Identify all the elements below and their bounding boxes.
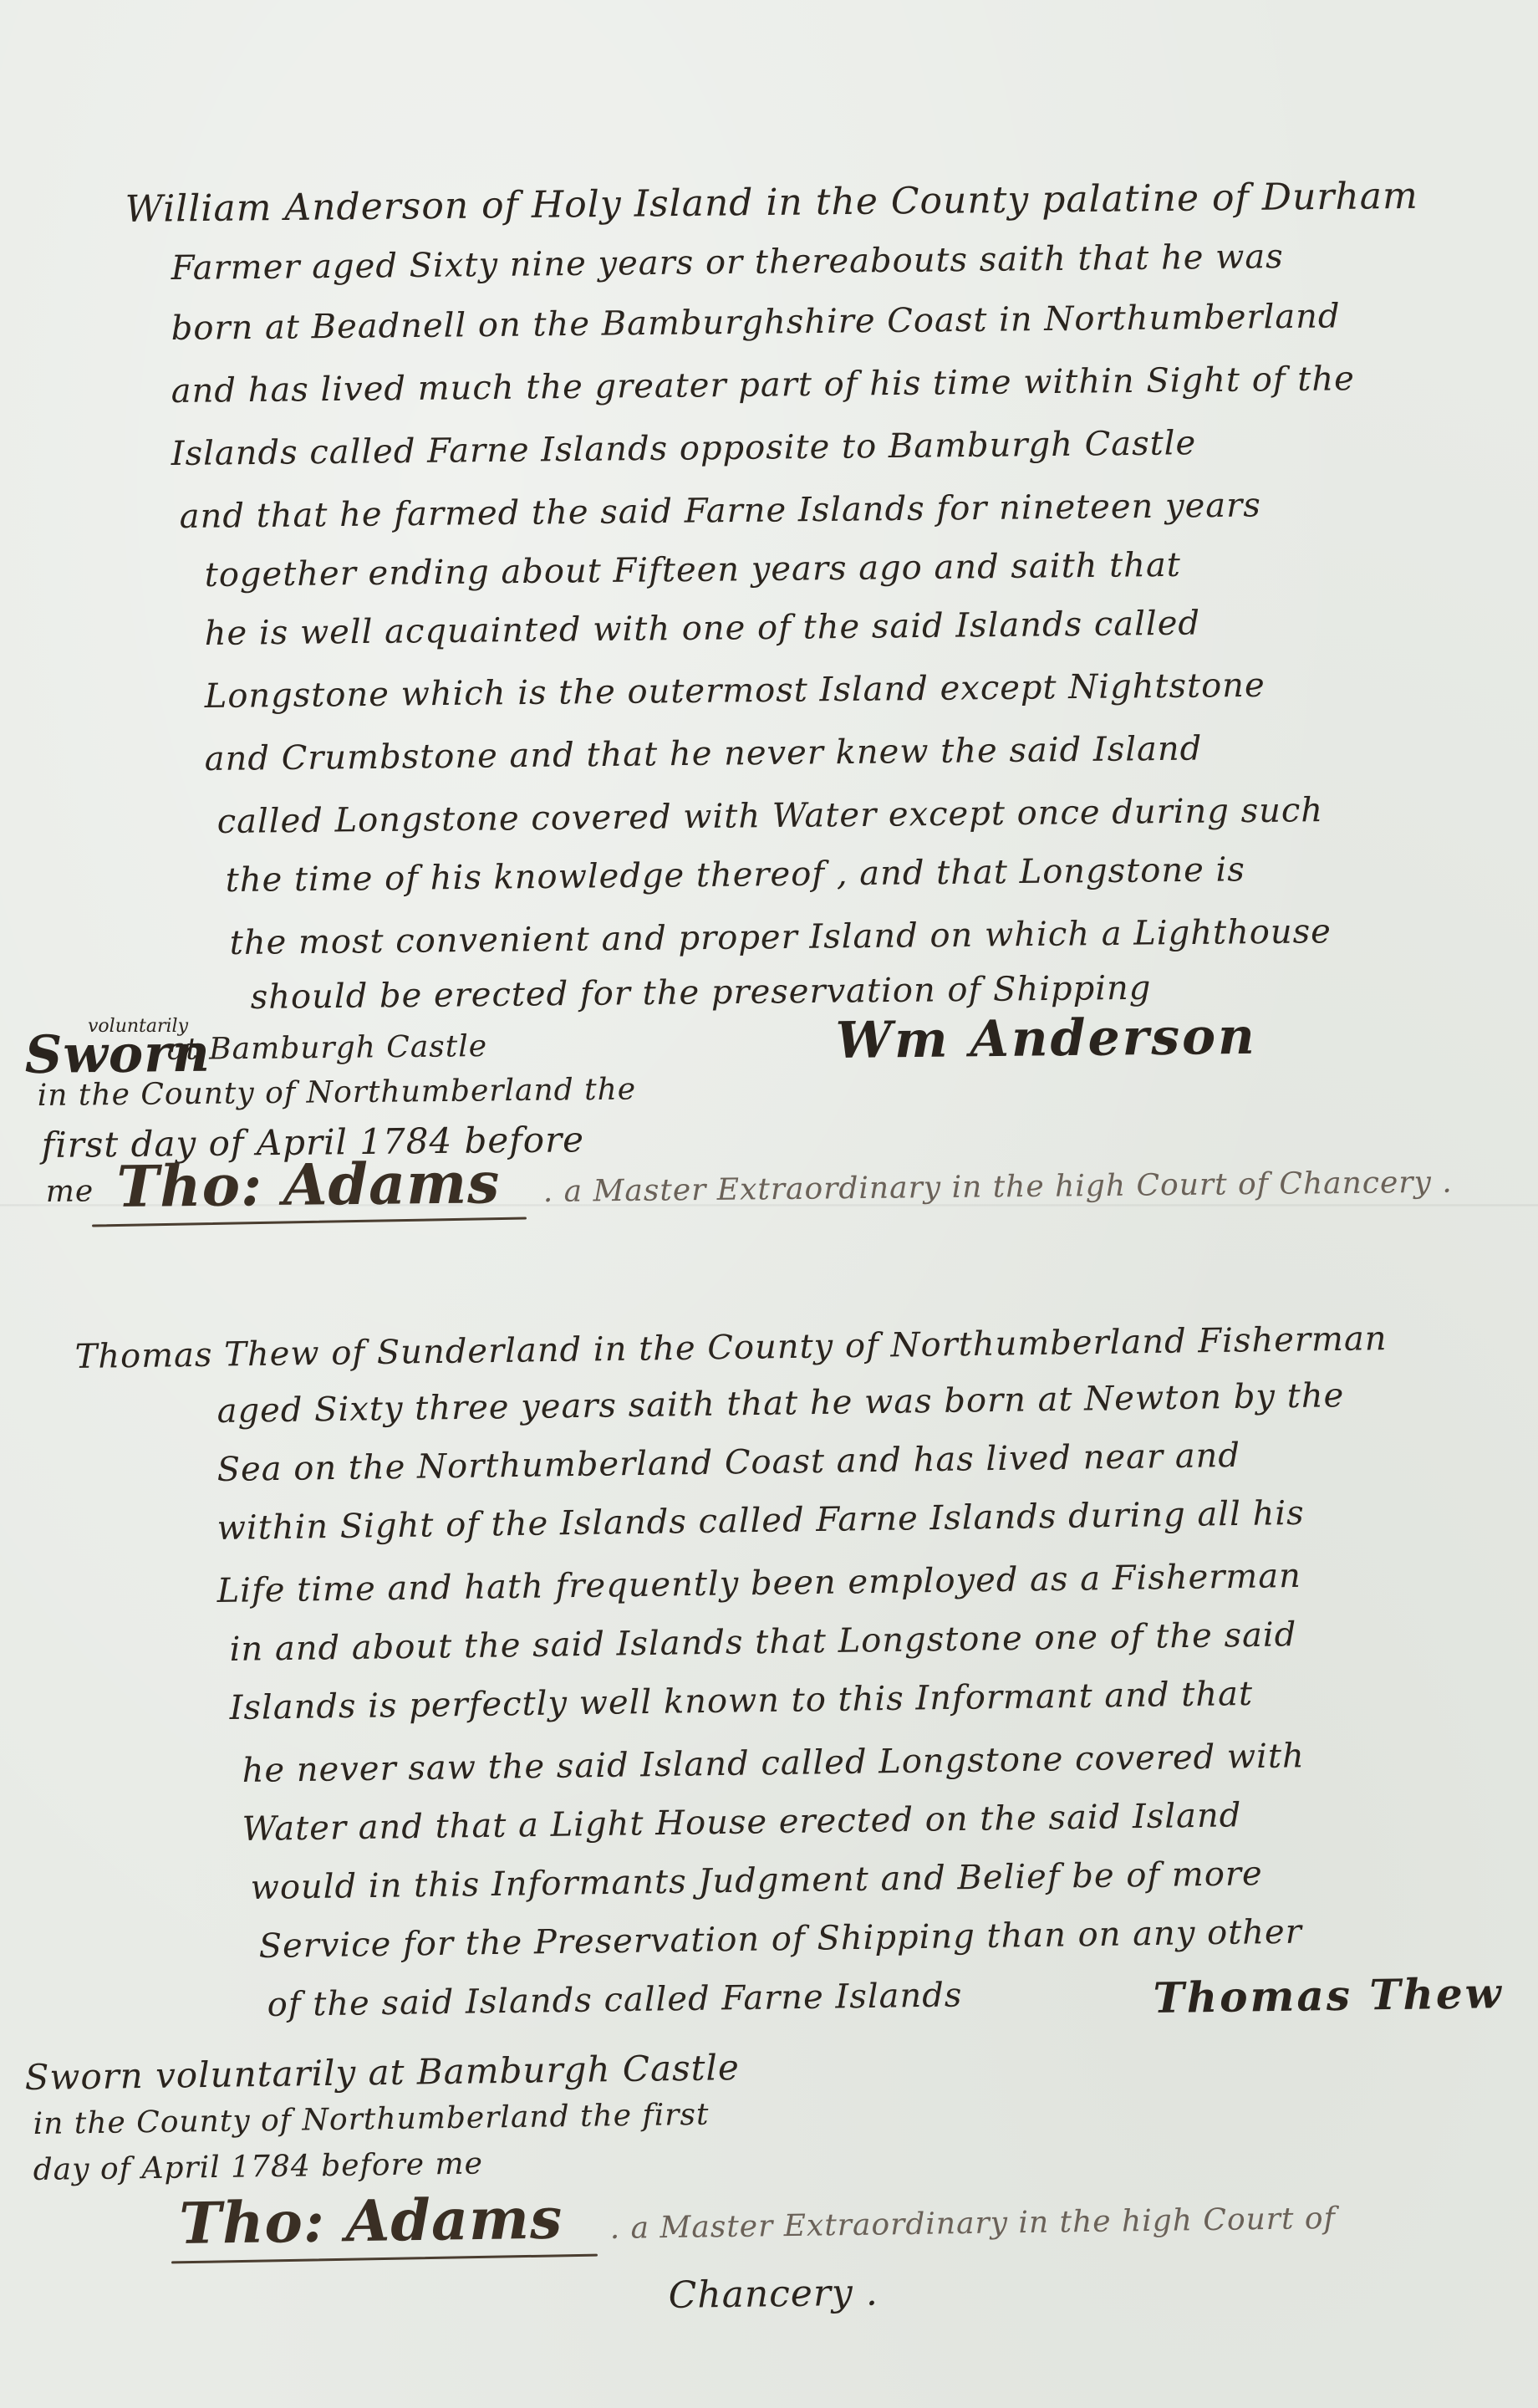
- signature-wm-anderson: Wm Anderson: [835, 1008, 1257, 1070]
- signature-thomas-thew: Thomas Thew: [1153, 1968, 1504, 2023]
- jurat-line: in the County of Northumberland the: [38, 1073, 637, 1113]
- commissioner-title-cont: Chancery .: [668, 2271, 878, 2317]
- jurat-line: at Bamburgh Castle: [167, 1029, 488, 1067]
- commissioner-signature: Tho: Adams: [116, 1150, 501, 1221]
- jurat-me: me: [46, 1174, 94, 1209]
- commissioner-signature: Tho: Adams: [179, 2186, 563, 2257]
- jurat-line: day of April 1784 before me: [33, 2146, 483, 2187]
